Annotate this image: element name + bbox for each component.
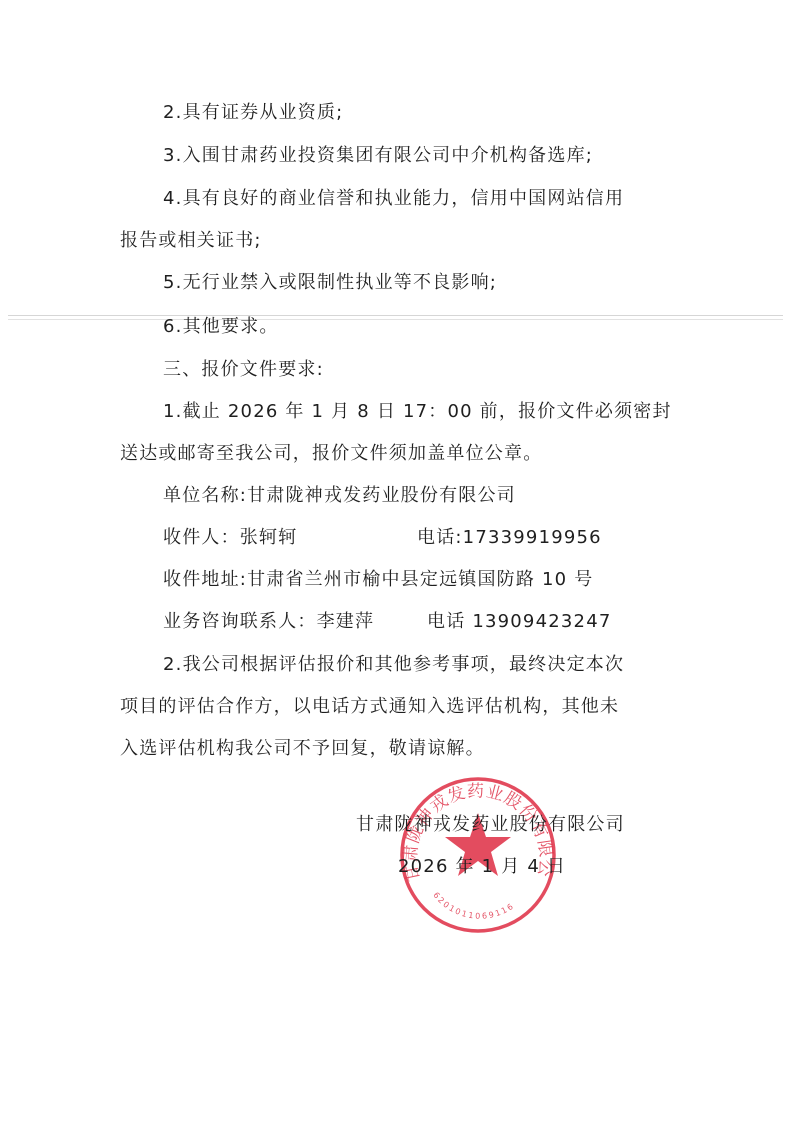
quote-deadline: 1.截止 2026 年 1 月 8 日 17：00 前，报价文件必须密封 — [163, 401, 672, 423]
scan-artifact-line — [8, 315, 783, 320]
quote-deadline-cont: 送达或邮寄至我公司，报价文件须加盖单位公章。 — [120, 443, 542, 465]
company-seal-icon: 甘肃陇神戎发药业股份有限公司 6201011069116 — [398, 775, 558, 935]
signature-date: 2026 年 1 月 4 日 — [398, 856, 566, 878]
decision-note-cont2: 入选评估机构我公司不予回复，敬请谅解。 — [120, 738, 485, 760]
recipient-phone: 电话:17339919956 — [417, 527, 602, 549]
address: 收件地址:甘肃省兰州市榆中县定远镇国防路 10 号 — [163, 569, 593, 591]
section-heading-3: 三、报价文件要求: — [163, 359, 324, 381]
requirement-6: 6.其他要求。 — [163, 316, 279, 338]
requirement-2: 2.具有证券从业资质; — [163, 102, 343, 124]
consultant-phone: 电话 13909423247 — [427, 611, 612, 633]
consultant: 业务咨询联系人：李建萍 — [163, 611, 374, 633]
signature-company: 甘肃陇神戎发药业股份有限公司 — [356, 814, 625, 836]
requirement-3: 3.入围甘肃药业投资集团有限公司中介机构备选库; — [163, 145, 593, 167]
requirement-5: 5.无行业禁入或限制性执业等不良影响; — [163, 272, 497, 294]
decision-note-cont1: 项目的评估合作方，以电话方式通知入选评估机构，其他未 — [120, 696, 619, 718]
svg-text:6201011069116: 6201011069116 — [431, 891, 516, 921]
requirement-4-cont: 报告或相关证书; — [120, 230, 262, 252]
requirement-4: 4.具有良好的商业信誉和执业能力，信用中国网站信用 — [163, 188, 624, 210]
unit-name: 单位名称:甘肃陇神戎发药业股份有限公司 — [163, 485, 516, 507]
recipient: 收件人：张轲轲 — [163, 527, 297, 549]
decision-note: 2.我公司根据评估报价和其他参考事项，最终决定本次 — [163, 654, 624, 676]
